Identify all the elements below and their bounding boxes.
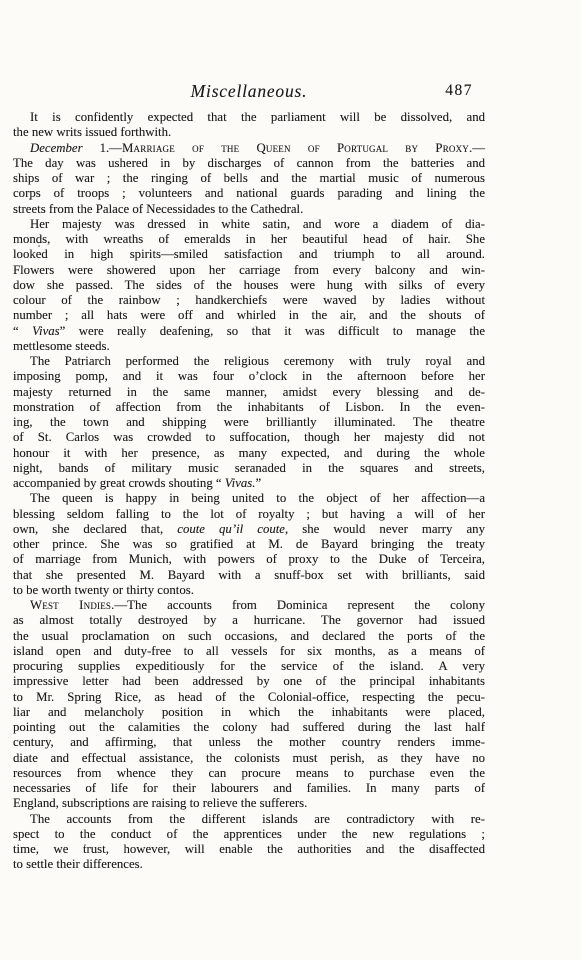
text-run: 1.— bbox=[83, 141, 122, 155]
scan-speck bbox=[29, 198, 31, 200]
text-line: December 1.—Marriage of the Queen of Por… bbox=[13, 141, 485, 156]
text-run: imposing pomp, and it was four o’clock i… bbox=[13, 369, 485, 383]
text-line: of St. Carlos was crowded to suffocation… bbox=[13, 430, 485, 445]
text-run: diate and effectual assistance, the colo… bbox=[13, 751, 485, 765]
smallcaps-heading-text: Marriage of the Queen of Portugal by Pro… bbox=[122, 141, 469, 155]
text-run: ing, the town and shipping were brillian… bbox=[13, 415, 485, 429]
text-line: The day was ushered in by discharges of … bbox=[13, 156, 485, 171]
text-run: other prince. She was so gratified at M.… bbox=[13, 537, 485, 551]
page-number: 487 bbox=[445, 82, 473, 100]
smallcaps-heading-text: West Indies bbox=[30, 598, 111, 612]
text-run: the new writs issued forthwith. bbox=[13, 125, 171, 139]
text-run: mettlesome steeds. bbox=[13, 339, 110, 353]
text-line: “ Vivas” were really deafening, so that … bbox=[13, 324, 485, 339]
text-run: number ; all hats were off and whirled i… bbox=[13, 308, 485, 322]
text-line: to Mr. Spring Rice, as head of the Colon… bbox=[13, 690, 485, 705]
italic-text: coute qu’il coute bbox=[177, 522, 285, 536]
text-line: to be worth twenty or thirty contos. bbox=[13, 583, 485, 598]
text-run: monstration of affection from the inhabi… bbox=[13, 400, 485, 414]
text-run: procuring supplies expeditiously for the… bbox=[13, 659, 485, 673]
scan-speck bbox=[84, 844, 86, 846]
italic-text: Vivas. bbox=[225, 476, 256, 490]
text-line: corps of troops ; volunteers and nationa… bbox=[13, 186, 485, 201]
text-run: streets from the Palace of Necessidades … bbox=[13, 202, 303, 216]
text-run: as almost totally destroyed by a hurrica… bbox=[13, 613, 485, 627]
text-line: accompanied by great crowds shouting “ V… bbox=[13, 476, 485, 491]
text-run: to Mr. Spring Rice, as head of the Colon… bbox=[13, 690, 485, 704]
text-line: other prince. She was so gratified at M.… bbox=[13, 537, 485, 552]
text-line: England, subscriptions are raising to re… bbox=[13, 796, 485, 811]
article-body: It is confidently expected that the parl… bbox=[13, 110, 485, 873]
text-run: The Patriarch performed the religious ce… bbox=[30, 354, 485, 368]
text-line: blessing seldom falling to the lot of ro… bbox=[13, 507, 485, 522]
text-run: monds, with wreaths of emeralds in her b… bbox=[13, 232, 485, 246]
text-line: pointing out the calamities the colony h… bbox=[13, 720, 485, 735]
text-line: to settle their differences. bbox=[13, 857, 485, 872]
text-run: spect to the conduct of the apprentices … bbox=[13, 827, 485, 841]
text-line: monds, with wreaths of emeralds in her b… bbox=[13, 232, 485, 247]
text-run: of marriage from Munich, with powers of … bbox=[13, 552, 485, 566]
text-run: the usual proclamation on such occasions… bbox=[13, 629, 485, 643]
text-line: impressive letter had been addressed by … bbox=[13, 674, 485, 689]
text-line: The accounts from the different islands … bbox=[13, 812, 485, 827]
text-line: It is confidently expected that the parl… bbox=[13, 110, 485, 125]
text-run: blessing seldom falling to the lot of ro… bbox=[13, 507, 485, 521]
text-run: liar and melancholy position in which th… bbox=[13, 705, 485, 719]
text-line: as almost totally destroyed by a hurrica… bbox=[13, 613, 485, 628]
text-run: England, subscriptions are raising to re… bbox=[13, 796, 307, 810]
text-run: majesty returned in the same manner, ami… bbox=[13, 385, 485, 399]
text-run: necessaries of life for their labourers … bbox=[13, 781, 485, 795]
text-line: night, bands of military music seranaded… bbox=[13, 461, 485, 476]
text-run: Flowers were showered upon her carriage … bbox=[13, 263, 485, 277]
text-run: own, she declared that, bbox=[13, 522, 177, 536]
text-run: impressive letter had been addressed by … bbox=[13, 674, 485, 688]
text-line: the new writs issued forthwith. bbox=[13, 125, 485, 140]
text-line: ing, the town and shipping were brillian… bbox=[13, 415, 485, 430]
text-run: ” were really deafening, so that it was … bbox=[60, 324, 485, 338]
text-line: West Indies.—The accounts from Dominica … bbox=[13, 598, 485, 613]
text-run: ” bbox=[255, 476, 261, 490]
text-run: of St. Carlos was crowded to suffocation… bbox=[13, 430, 485, 444]
text-run: accompanied by great crowds shouting “ bbox=[13, 476, 225, 490]
text-line: dow she passed. The sides of the houses … bbox=[13, 278, 485, 293]
text-line: resources from whence they can procure m… bbox=[13, 766, 485, 781]
text-run: colour of the rainbow ; handkerchiefs we… bbox=[13, 293, 485, 307]
text-run: island open and duty-free to all vessels… bbox=[13, 644, 485, 658]
text-line: looked in high spirits—smiled satisfacti… bbox=[13, 247, 485, 262]
text-run: .—The accounts from Dominica represent t… bbox=[111, 598, 485, 612]
italic-text: Vivas bbox=[32, 324, 59, 338]
text-line: mettlesome steeds. bbox=[13, 339, 485, 354]
text-line: procuring supplies expeditiously for the… bbox=[13, 659, 485, 674]
text-line: the usual proclamation on such occasions… bbox=[13, 629, 485, 644]
text-run: pointing out the calamities the colony h… bbox=[13, 720, 485, 734]
text-run: The queen is happy in being united to th… bbox=[30, 491, 485, 505]
text-line: island open and duty-free to all vessels… bbox=[13, 644, 485, 659]
text-run: resources from whence they can procure m… bbox=[13, 766, 485, 780]
text-line: The queen is happy in being united to th… bbox=[13, 491, 485, 506]
text-run: The accounts from the different islands … bbox=[30, 812, 485, 826]
text-line: streets from the Palace of Necessidades … bbox=[13, 202, 485, 217]
text-run: to settle their differences. bbox=[13, 857, 143, 871]
text-line: of marriage from Munich, with powers of … bbox=[13, 552, 485, 567]
page-header: Miscellaneous. 487 bbox=[13, 81, 485, 105]
text-line: monstration of affection from the inhabi… bbox=[13, 400, 485, 415]
text-run: corps of troops ; volunteers and nationa… bbox=[13, 186, 485, 200]
scanned-book-page: Miscellaneous. 487 It is confidently exp… bbox=[0, 0, 581, 960]
text-line: century, and affirming, that unless the … bbox=[13, 735, 485, 750]
italic-text: December bbox=[30, 141, 83, 155]
text-line: liar and melancholy position in which th… bbox=[13, 705, 485, 720]
text-run: that she presented M. Bayard with a snuf… bbox=[13, 568, 485, 582]
text-run: honour it with her presence, as many exp… bbox=[13, 446, 485, 460]
text-run: “ bbox=[13, 324, 32, 338]
text-run: , she would never marry any bbox=[285, 522, 485, 536]
text-line: spect to the conduct of the apprentices … bbox=[13, 827, 485, 842]
text-line: The Patriarch performed the religious ce… bbox=[13, 354, 485, 369]
text-line: colour of the rainbow ; handkerchiefs we… bbox=[13, 293, 485, 308]
text-run: night, bands of military music seranaded… bbox=[13, 461, 485, 475]
running-title: Miscellaneous. bbox=[13, 81, 485, 102]
text-line: Her majesty was dressed in white satin, … bbox=[13, 217, 485, 232]
text-line: number ; all hats were off and whirled i… bbox=[13, 308, 485, 323]
text-line: that she presented M. Bayard with a snuf… bbox=[13, 568, 485, 583]
text-run: .— bbox=[469, 141, 485, 155]
text-line: ships of war ; the ringing of bells and … bbox=[13, 171, 485, 186]
text-line: imposing pomp, and it was four o’clock i… bbox=[13, 369, 485, 384]
text-line: Flowers were showered upon her carriage … bbox=[13, 263, 485, 278]
text-line: diate and effectual assistance, the colo… bbox=[13, 751, 485, 766]
text-run: It is confidently expected that the parl… bbox=[30, 110, 485, 124]
text-run: to be worth twenty or thirty contos. bbox=[13, 583, 194, 597]
text-line: own, she declared that, coute qu’il cout… bbox=[13, 522, 485, 537]
text-line: honour it with her presence, as many exp… bbox=[13, 446, 485, 461]
text-run: dow she passed. The sides of the houses … bbox=[13, 278, 485, 292]
text-run: The day was ushered in by discharges of … bbox=[13, 156, 485, 170]
scan-speck bbox=[38, 245, 40, 247]
text-line: necessaries of life for their labourers … bbox=[13, 781, 485, 796]
text-run: looked in high spirits—smiled satisfacti… bbox=[13, 247, 485, 261]
text-run: century, and affirming, that unless the … bbox=[13, 735, 485, 749]
text-line: majesty returned in the same manner, ami… bbox=[13, 385, 485, 400]
text-run: ships of war ; the ringing of bells and … bbox=[13, 171, 485, 185]
text-run: Her majesty was dressed in white satin, … bbox=[30, 217, 485, 231]
